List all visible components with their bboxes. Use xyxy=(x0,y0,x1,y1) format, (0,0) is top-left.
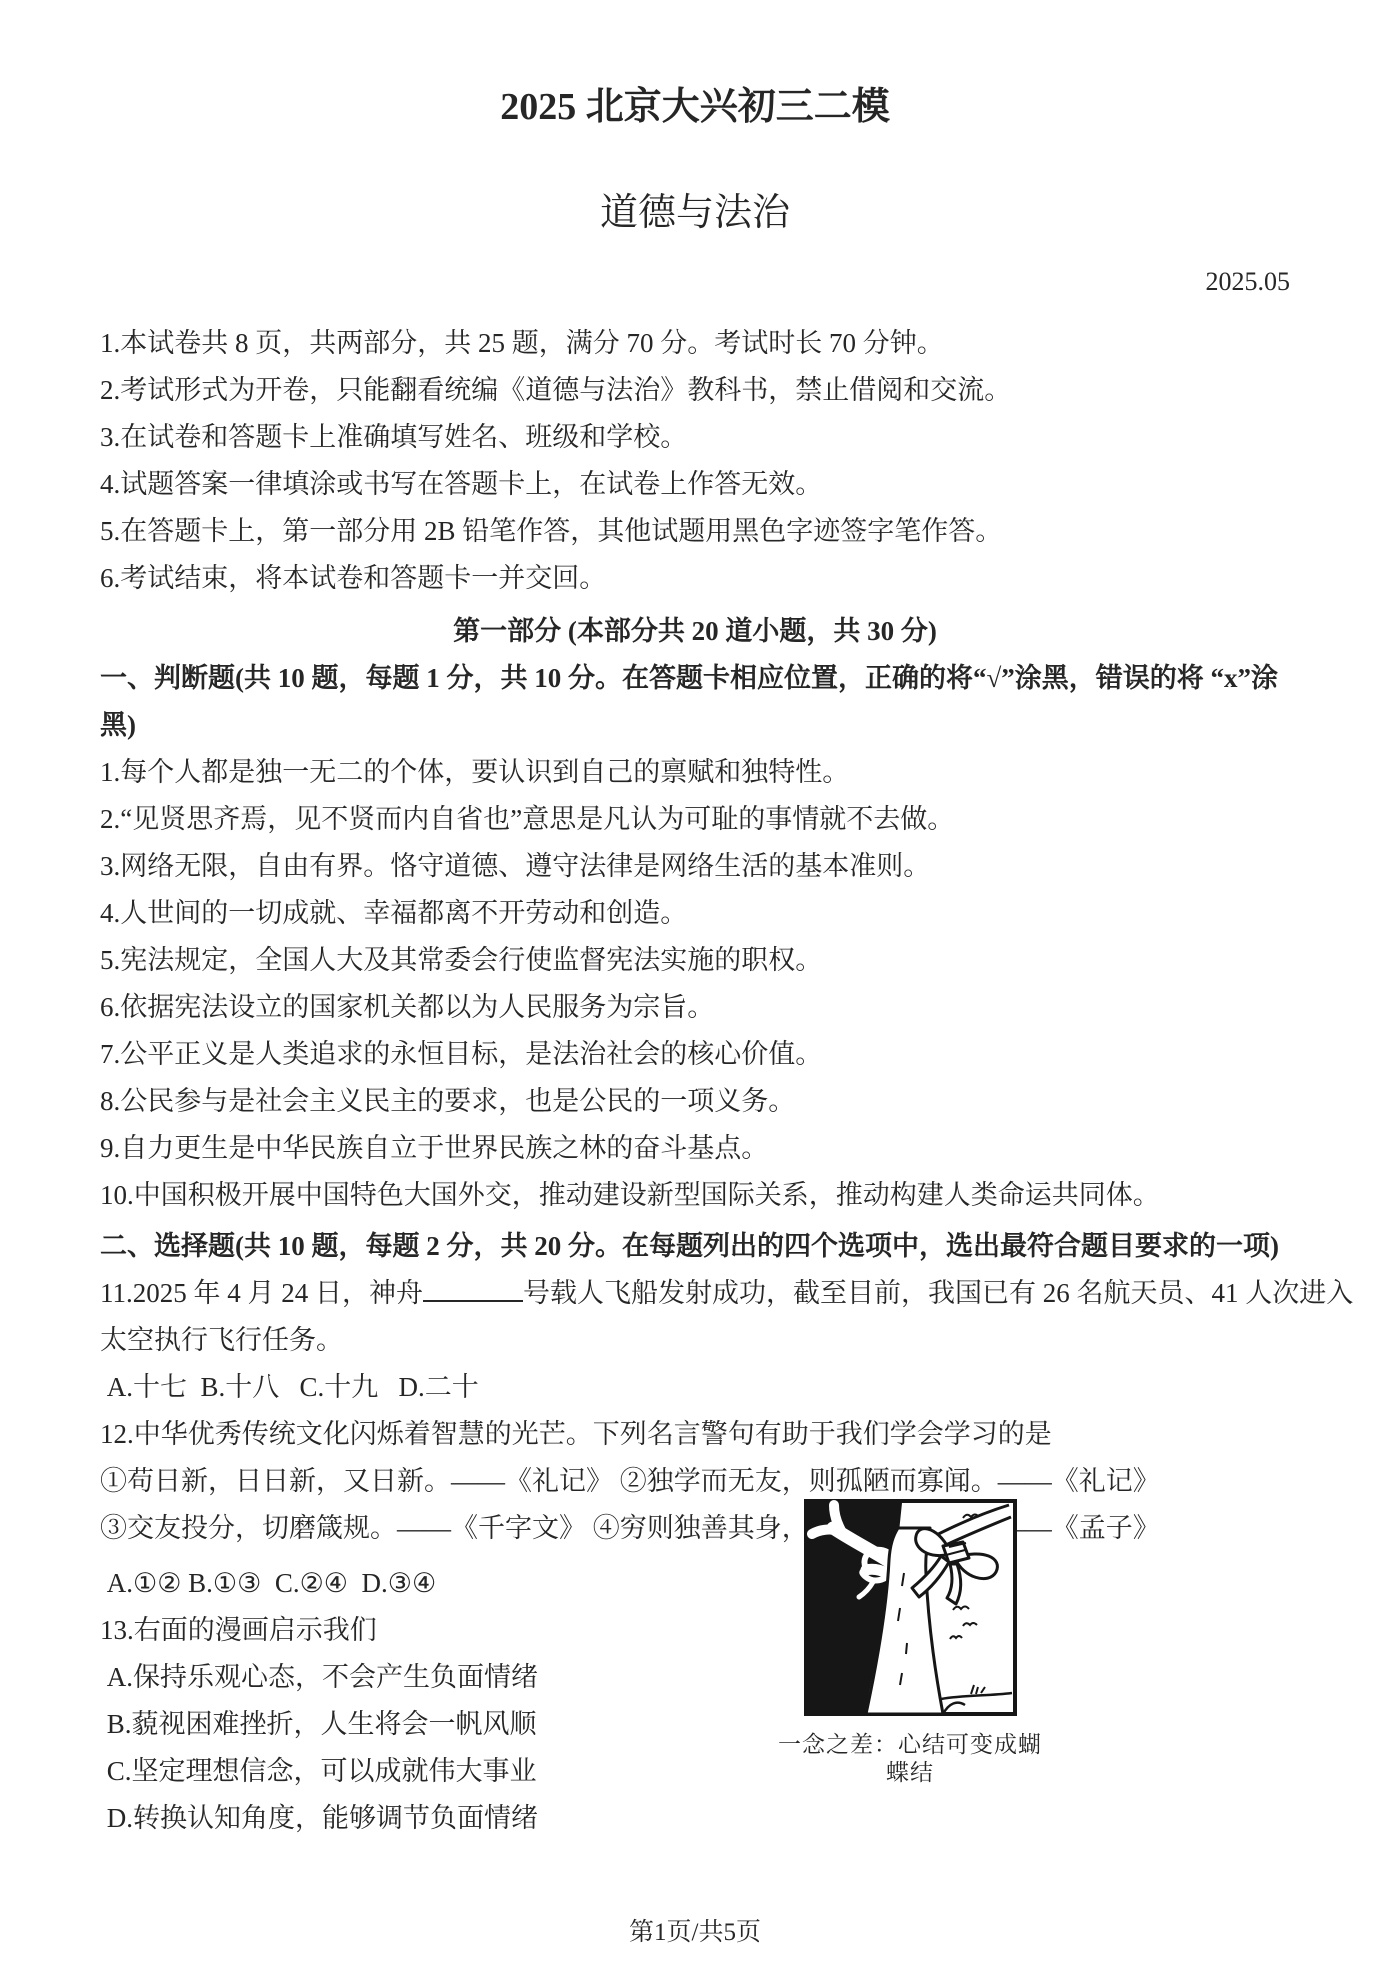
question-12-quotes-line2: ③交友投分，切磨箴规。——《千字文》 ④穷则独善其身，达则兼济天下。——《孟子》 xyxy=(100,1505,1290,1552)
question-12-options: A.①② B.①③ C.②④ D.③④ xyxy=(100,1560,1290,1607)
q13-cartoon-figure: 一念之差：心结可变成蝴蝶结 xyxy=(772,1498,1048,1787)
judgement-item-2: 2.“见贤思齐焉，见不贤而内自省也”意思是凡认为可耻的事情就不去做。 xyxy=(100,796,1290,843)
question-13-stem: 13.右面的漫画启示我们 xyxy=(100,1607,1290,1654)
question-11-stem-after-blank: 号载人飞船发射成功，截至目前，我国已有 26 名航天员、41 人次进入 xyxy=(523,1278,1353,1308)
question-11-stem-line1: 11.2025 年 4 月 24 日，神舟号载人飞船发射成功，截至目前，我国已有… xyxy=(100,1270,1290,1317)
choice-section-header: 二、选择题(共 10 题，每题 2 分，共 20 分。在每题列出的四个选项中，选… xyxy=(100,1223,1290,1270)
judgement-item-4: 4.人世间的一切成就、幸福都离不开劳动和创造。 xyxy=(100,890,1290,937)
judgement-item-9: 9.自力更生是中华民族自立于世界民族之林的奋斗基点。 xyxy=(100,1125,1290,1172)
question-13-option-d: D.转换认知角度，能够调节负面情绪 xyxy=(100,1795,1290,1842)
judgement-item-8: 8.公民参与是社会主义民主的要求，也是公民的一项义务。 xyxy=(100,1078,1290,1125)
instruction-line-3: 3.在试卷和答题卡上准确填写姓名、班级和学校。 xyxy=(100,414,1290,461)
question-13-option-c: C.坚定理想信念，可以成就伟大事业 xyxy=(100,1748,1290,1795)
exam-paper-page: 2025 北京大兴初三二模 道德与法治 2025.05 1.本试卷共 8 页，共… xyxy=(0,0,1390,1965)
page-content: 2025 北京大兴初三二模 道德与法治 2025.05 1.本试卷共 8 页，共… xyxy=(100,0,1290,1842)
exam-date: 2025.05 xyxy=(100,265,1290,299)
instruction-line-4: 4.试题答案一律填涂或书写在答题卡上，在试卷上作答无效。 xyxy=(100,461,1290,508)
judgement-item-3: 3.网络无限，自由有界。恪守道德、遵守法律是网络生活的基本准则。 xyxy=(100,843,1290,890)
question-12-quotes-line1: ①苟日新，日日新，又日新。——《礼记》 ②独学而无友，则孤陋而寡闻。——《礼记》 xyxy=(100,1458,1290,1505)
question-12-stem: 12.中华优秀传统文化闪烁着智慧的光芒。下列名言警句有助于我们学会学习的是 xyxy=(100,1411,1290,1458)
question-11-stem-before-blank: 11.2025 年 4 月 24 日，神舟 xyxy=(100,1278,423,1308)
judgement-item-5: 5.宪法规定，全国人大及其常委会行使监督宪法实施的职权。 xyxy=(100,937,1290,984)
blank-underline xyxy=(423,1273,523,1302)
instruction-line-2: 2.考试形式为开卷，只能翻看统编《道德与法治》教科书，禁止借阅和交流。 xyxy=(100,367,1290,414)
judgement-item-6: 6.依据宪法设立的国家机关都以为人民服务为宗旨。 xyxy=(100,984,1290,1031)
question-11-stem-line2: 太空执行飞行任务。 xyxy=(100,1317,1290,1364)
judgement-item-7: 7.公平正义是人类追求的永恒目标，是法治社会的核心价值。 xyxy=(100,1031,1290,1078)
cartoon-tree-knot-illustration xyxy=(803,1498,1018,1720)
instruction-line-5: 5.在答题卡上，第一部分用 2B 铅笔作答，其他试题用黑色字迹签字笔作答。 xyxy=(100,508,1290,555)
page-title: 2025 北京大兴初三二模 xyxy=(100,85,1290,129)
part1-header: 第一部分 (本部分共 20 道小题，共 30 分) xyxy=(100,608,1290,655)
page-subject: 道德与法治 xyxy=(100,191,1290,235)
question-13-option-a: A.保持乐观心态，不会产生负面情绪 xyxy=(100,1654,1290,1701)
question-13-option-b: B.藐视困难挫折，人生将会一帆风顺 xyxy=(100,1701,1290,1748)
judgement-item-10: 10.中国积极开展中国特色大国外交，推动建设新型国际关系，推动构建人类命运共同体… xyxy=(100,1172,1290,1219)
judgement-section-header: 一、判断题(共 10 题，每题 1 分，共 10 分。在答题卡相应位置，正确的将… xyxy=(100,655,1290,749)
exam-instructions: 1.本试卷共 8 页，共两部分，共 25 题，满分 70 分。考试时长 70 分… xyxy=(100,320,1290,602)
instruction-line-6: 6.考试结束，将本试卷和答题卡一并交回。 xyxy=(100,555,1290,602)
question-11-options: A.十七 B.十八 C.十九 D.二十 xyxy=(100,1364,1290,1411)
cartoon-caption: 一念之差：心结可变成蝴蝶结 xyxy=(772,1731,1048,1787)
instruction-line-1: 1.本试卷共 8 页，共两部分，共 25 题，满分 70 分。考试时长 70 分… xyxy=(100,320,1290,367)
page-footer: 第1页/共5页 xyxy=(0,1918,1390,1948)
judgement-item-1: 1.每个人都是独一无二的个体，要认识到自己的禀赋和独特性。 xyxy=(100,749,1290,796)
